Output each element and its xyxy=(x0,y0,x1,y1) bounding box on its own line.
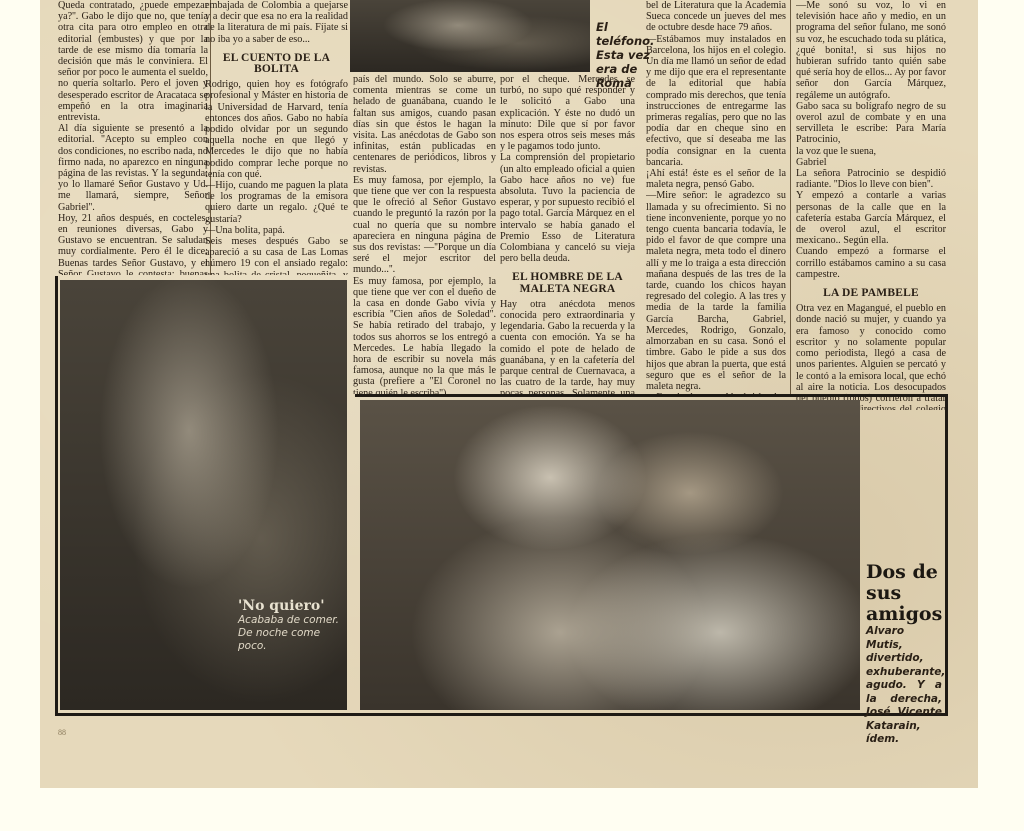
no-quiero-caption: 'No quiero' Acababa de comer. De noche c… xyxy=(238,598,347,653)
newspaper-page: Queda contratado, ¿puede empezar ya?''. … xyxy=(40,0,978,788)
frame-rule xyxy=(945,394,948,716)
paragraph: Gabo saca su bolígrafo negro de su overo… xyxy=(796,101,946,146)
paragraph: ¡Ahí está! éste es el señor de la maleta… xyxy=(646,168,786,190)
paragraph: —Estábamos muy instalados en Barcelona, … xyxy=(646,34,786,168)
caption-text: De noche come poco. xyxy=(238,627,347,653)
paragraph: embajada de Colombia a quejarse y a deci… xyxy=(205,0,348,45)
telephone-photo xyxy=(350,0,590,72)
paragraph: Seis meses después Gabo se apareció a su… xyxy=(205,236,348,275)
paragraph: —Me sonó su voz, lo vi en televisión hac… xyxy=(796,0,946,101)
caption-text: Alvaro Mutis, divertido, exhuberante, ag… xyxy=(866,625,942,747)
frame-rule xyxy=(355,394,948,397)
article-column-1: Queda contratado, ¿puede empezar ya?''. … xyxy=(58,0,208,275)
paragraph: bel de Literatura que la Academia Sueca … xyxy=(646,0,786,34)
article-column-2: embajada de Colombia a quejarse y a deci… xyxy=(205,0,348,275)
paragraph: la voz que le suena, xyxy=(796,146,946,157)
paragraph: Rodrigo, quien hoy es fotógrafo profesio… xyxy=(205,79,348,180)
paragraph: Queda contratado, ¿puede empezar ya?''. … xyxy=(58,0,208,123)
paragraph: Al día siguiente se presentó a la editor… xyxy=(58,123,208,213)
page-number: 88 xyxy=(58,728,66,737)
caption-text: Acababa de comer. xyxy=(238,614,347,627)
friends-photo xyxy=(360,400,860,710)
paragraph: Es muy famosa, por ejemplo, la que tiene… xyxy=(353,175,496,276)
caption-title: 'No quiero' xyxy=(238,598,347,614)
paragraph: —Una bolita, papá. xyxy=(205,225,348,236)
caption-title: Dos de sus amigos xyxy=(866,562,942,625)
paragraph: La señora Patrocinio se despidió radiant… xyxy=(796,168,946,190)
paragraph: país del mundo. Solo se aburre, comenta … xyxy=(353,74,496,175)
paragraph: Gabriel xyxy=(796,157,946,168)
no-quiero-photo: 'No quiero' Acababa de comer. De noche c… xyxy=(60,280,347,710)
paragraph: La comprensión del propietario (un alto … xyxy=(500,152,635,264)
paragraph: Y empezó a contarle a varias personas de… xyxy=(796,190,946,246)
paragraph: por el cheque. Mercedes se turbó, no sup… xyxy=(500,74,635,152)
paragraph: —Hijo, cuando me paguen la plata de los … xyxy=(205,180,348,225)
section-heading: EL CUENTO DE LA BOLITA xyxy=(205,53,348,75)
paragraph: Hoy, 21 años después, en cocteles, en re… xyxy=(58,213,208,275)
friends-caption: Dos de sus amigos Alvaro Mutis, divertid… xyxy=(866,562,942,747)
